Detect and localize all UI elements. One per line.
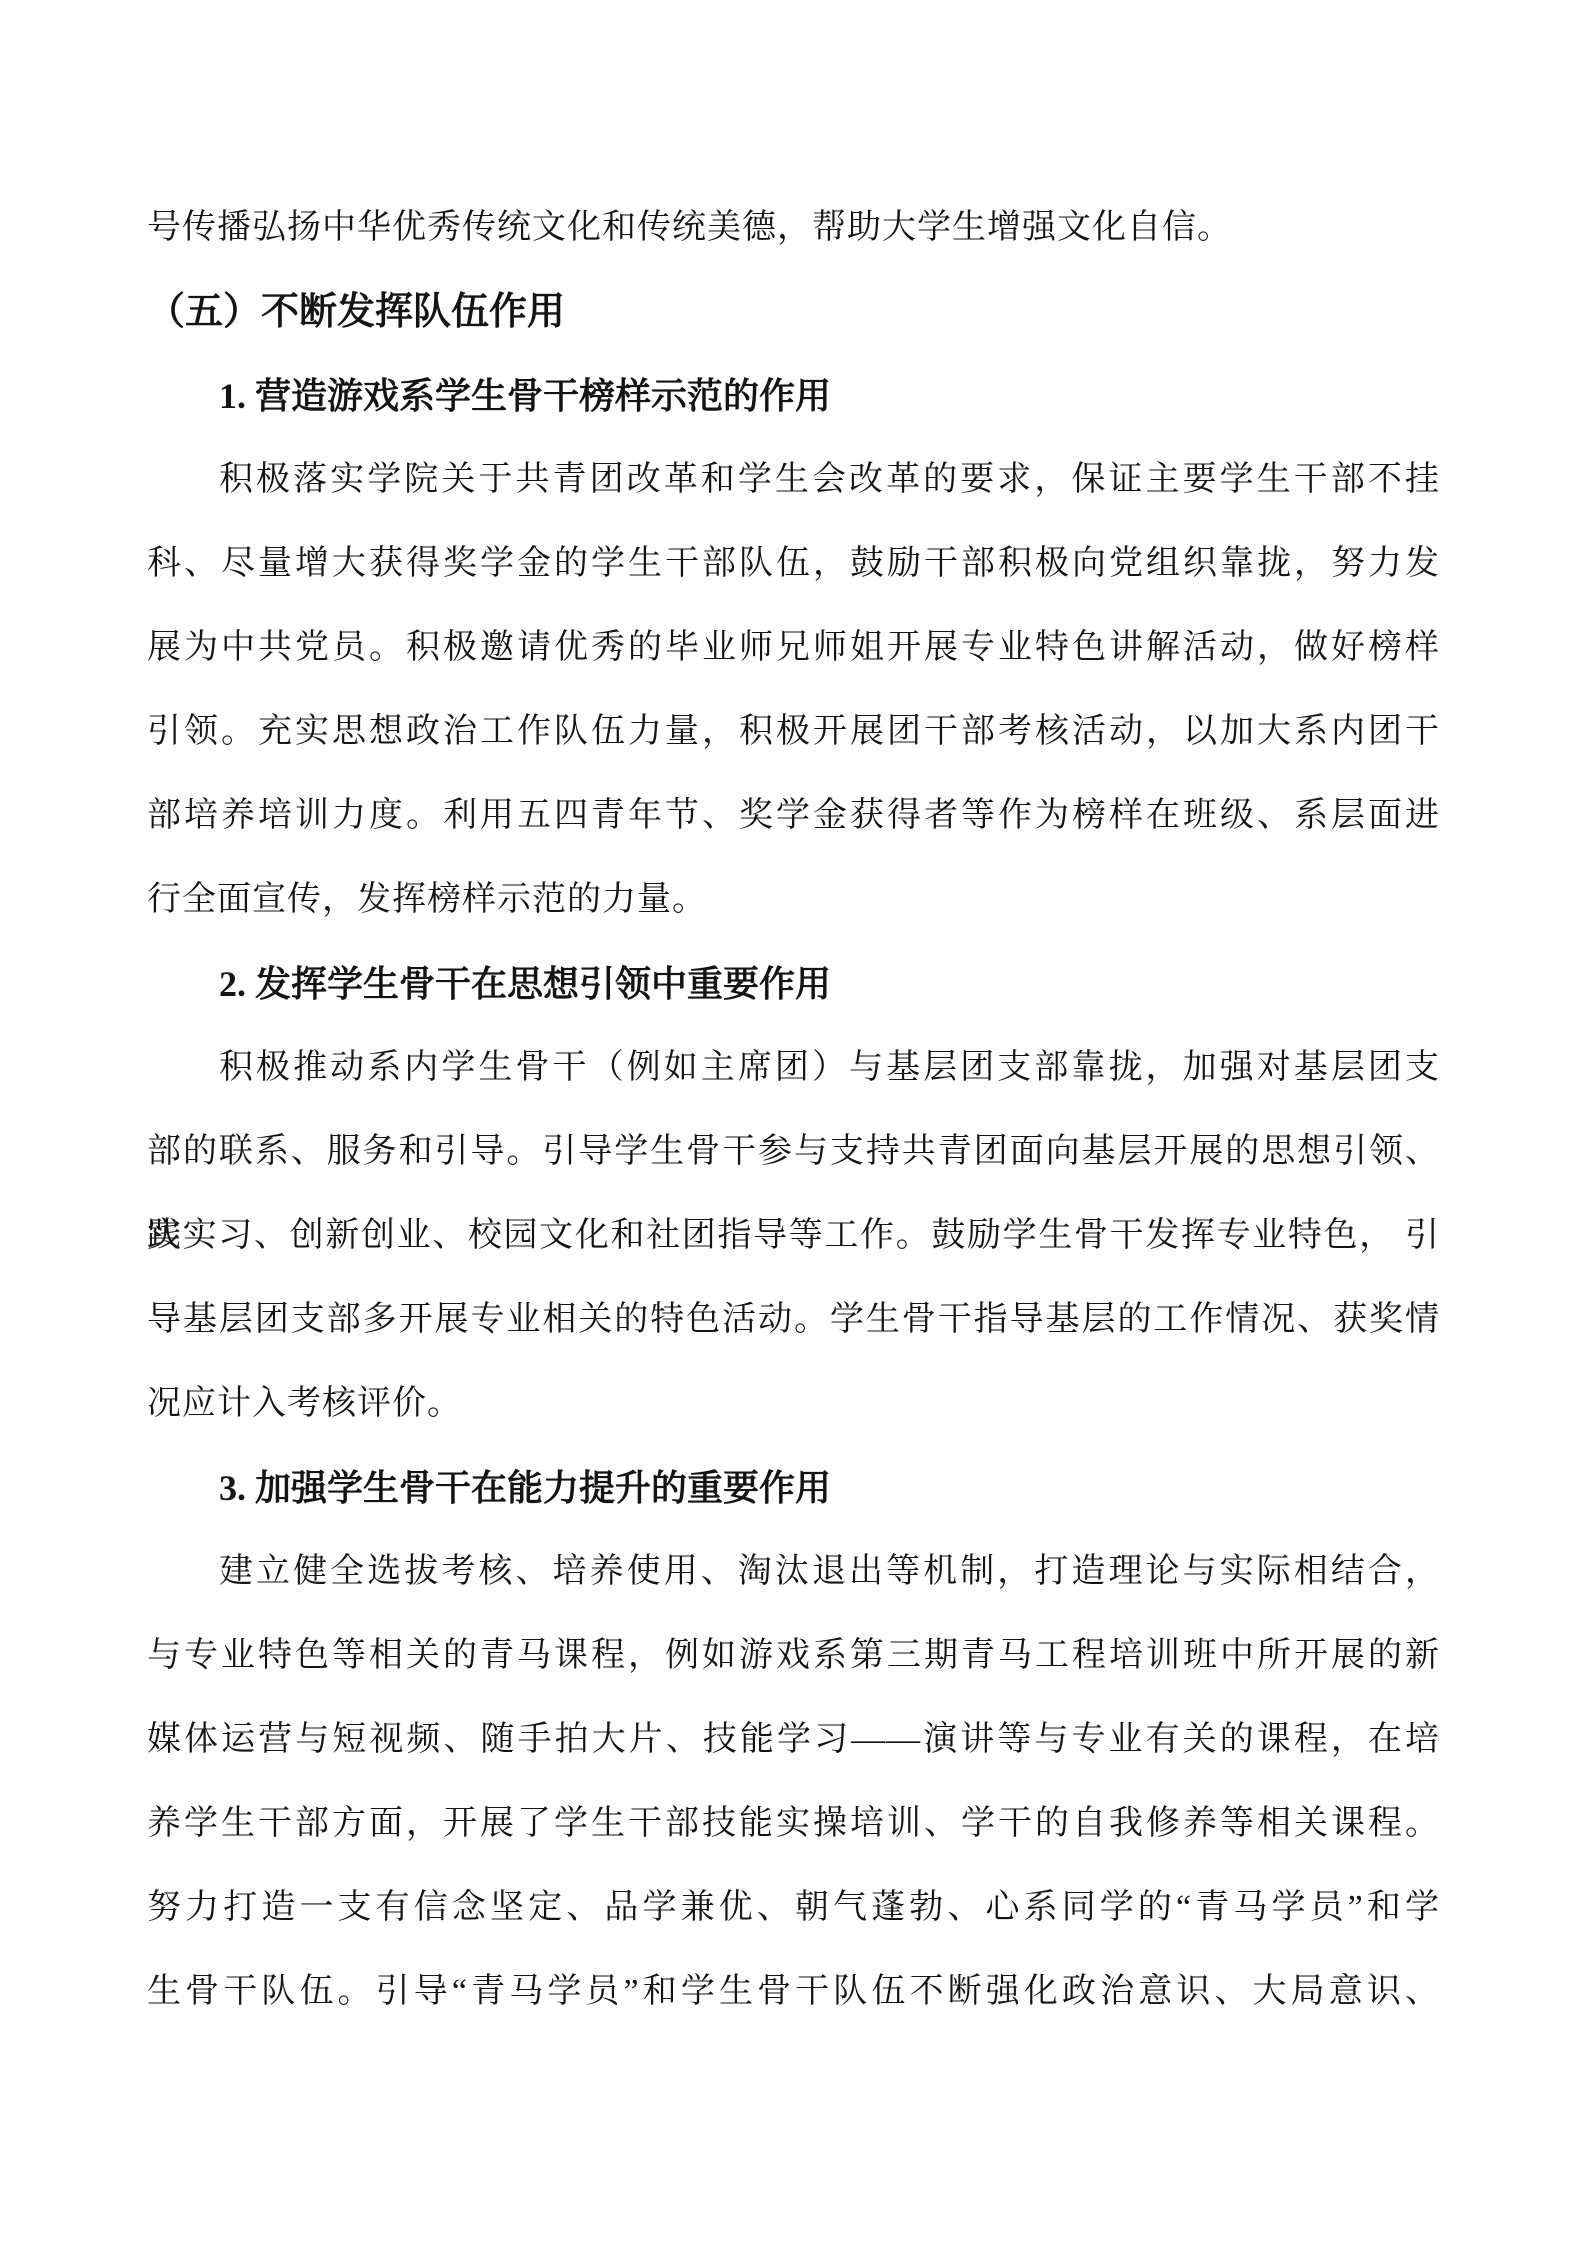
text-line: 部培养培训力度。利用五四青年节、奖学金获得者等作为榜样在班级、系层面进 [147, 774, 1440, 858]
text-line: 媒体运营与短视频、随手拍大片、技能学习——演讲等与专业有关的课程，在培 [147, 1698, 1440, 1782]
text-line: 建立健全选拔考核、培养使用、淘汰退出等机制，打造理论与实际相结合， [147, 1530, 1440, 1614]
text-line: 号传播弘扬中华优秀传统文化和传统美德，帮助大学生增强文化自信。 [147, 186, 1440, 270]
text-line: 养学生干部方面，开展了学生干部技能实操培训、学干的自我修养等相关课程。 [147, 1782, 1440, 1866]
text-line: 况应计入考核评价。 [147, 1362, 1440, 1446]
subsection-heading-2: 2. 发挥学生骨干在思想引领中重要作用 [147, 942, 1440, 1026]
text-line: 科、尽量增大获得奖学金的学生干部队伍，鼓励干部积极向党组织靠拢，努力发 [147, 522, 1440, 606]
subsection-heading-3: 3. 加强学生骨干在能力提升的重要作用 [147, 1446, 1440, 1530]
text-line: 展为中共党员。积极邀请优秀的毕业师兄师姐开展专业特色讲解活动，做好榜样 [147, 606, 1440, 690]
text-line: 引领。充实思想政治工作队伍力量，积极开展团干部考核活动，以加大系内团干 [147, 690, 1440, 774]
document-body: 号传播弘扬中华优秀传统文化和传统美德，帮助大学生增强文化自信。（五）不断发挥队伍… [147, 186, 1440, 2034]
text-line: 导基层团支部多开展专业相关的特色活动。学生骨干指导基层的工作情况、获奖情 [147, 1278, 1440, 1362]
document-page: 号传播弘扬中华优秀传统文化和传统美德，帮助大学生增强文化自信。（五）不断发挥队伍… [0, 0, 1587, 2244]
text-line: 生骨干队伍。引导“青马学员”和学生骨干队伍不断强化政治意识、大局意识、 [147, 1950, 1440, 2034]
text-line: 积极推动系内学生骨干（例如主席团）与基层团支部靠拢，加强对基层团支 [147, 1026, 1440, 1110]
section-heading-5: （五）不断发挥队伍作用 [147, 270, 1440, 354]
text-line: 践实习、创新创业、校园文化和社团指导等工作。鼓励学生骨干发挥专业特色， 引 [147, 1194, 1440, 1278]
text-line: 努力打造一支有信念坚定、品学兼优、朝气蓬勃、心系同学的“青马学员”和学 [147, 1866, 1440, 1950]
text-line: 积极落实学院关于共青团改革和学生会改革的要求，保证主要学生干部不挂 [147, 438, 1440, 522]
text-line: 行全面宣传，发挥榜样示范的力量。 [147, 858, 1440, 942]
text-line: 部的联系、服务和引导。引导学生骨干参与支持共青团面向基层开展的思想引领、实 [147, 1110, 1440, 1194]
subsection-heading-1: 1. 营造游戏系学生骨干榜样示范的作用 [147, 354, 1440, 438]
text-line: 与专业特色等相关的青马课程，例如游戏系第三期青马工程培训班中所开展的新 [147, 1614, 1440, 1698]
